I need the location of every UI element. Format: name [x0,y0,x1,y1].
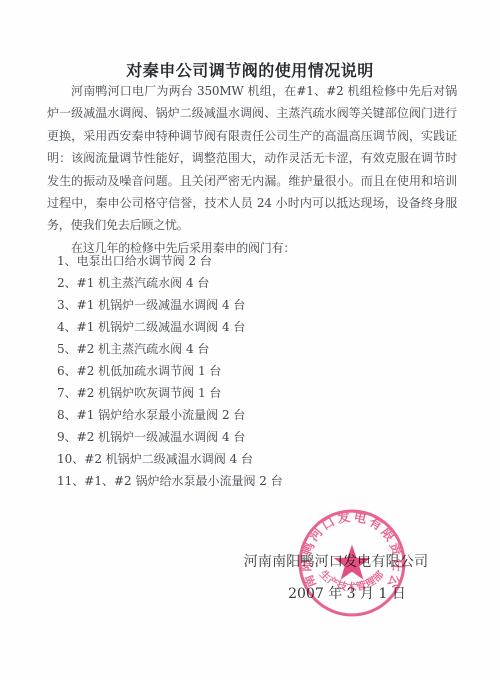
scanned-document-page: 对秦申公司调节阀的使用情况说明 河南鸭河口电厂为两台 350MW 机组，在#1、… [0,0,500,680]
valve-list-item: 2、#1 机主蒸汽疏水阀 4 台 [57,272,457,294]
valve-list-item: 7、#2 机锅炉吹灰调节阀 1 台 [57,382,457,404]
valve-list-item: 8、#1 锅炉给水泵最小流量阀 2 台 [57,404,457,426]
valve-list-item: 11、#1、#2 锅炉给水泵最小流量阀 2 台 [57,470,457,492]
valve-list-item: 10、#2 机锅炉二级减温水调阀 4 台 [57,448,457,470]
document-body: 河南鸭河口电厂为两台 350MW 机组，在#1、#2 机组检修中先后对锅炉一级减… [47,80,457,259]
valve-list-item: 4、#1 机锅炉二级减温水调阀 4 台 [57,316,457,338]
document-title: 对秦申公司调节阀的使用情况说明 [0,58,500,81]
valve-list: 1、电泵出口给水调节阀 2 台 2、#1 机主蒸汽疏水阀 4 台 3、#1 机锅… [57,250,457,492]
star-icon [334,545,371,580]
body-paragraph-1: 河南鸭河口电厂为两台 350MW 机组，在#1、#2 机组检修中先后对锅炉一级减… [47,80,457,237]
company-seal-stamp-icon: 南阳鸭河口发电有限责任公司 生产技术管理部 [295,507,409,619]
valve-list-item: 3、#1 机锅炉一级减温水调阀 4 台 [57,294,457,316]
valve-list-item: 1、电泵出口给水调节阀 2 台 [57,250,457,272]
valve-list-item: 6、#2 机低加疏水调节阀 1 台 [57,360,457,382]
valve-list-item: 5、#2 机主蒸汽疏水阀 4 台 [57,338,457,360]
valve-list-item: 9、#2 机锅炉一级减温水调阀 4 台 [57,426,457,448]
